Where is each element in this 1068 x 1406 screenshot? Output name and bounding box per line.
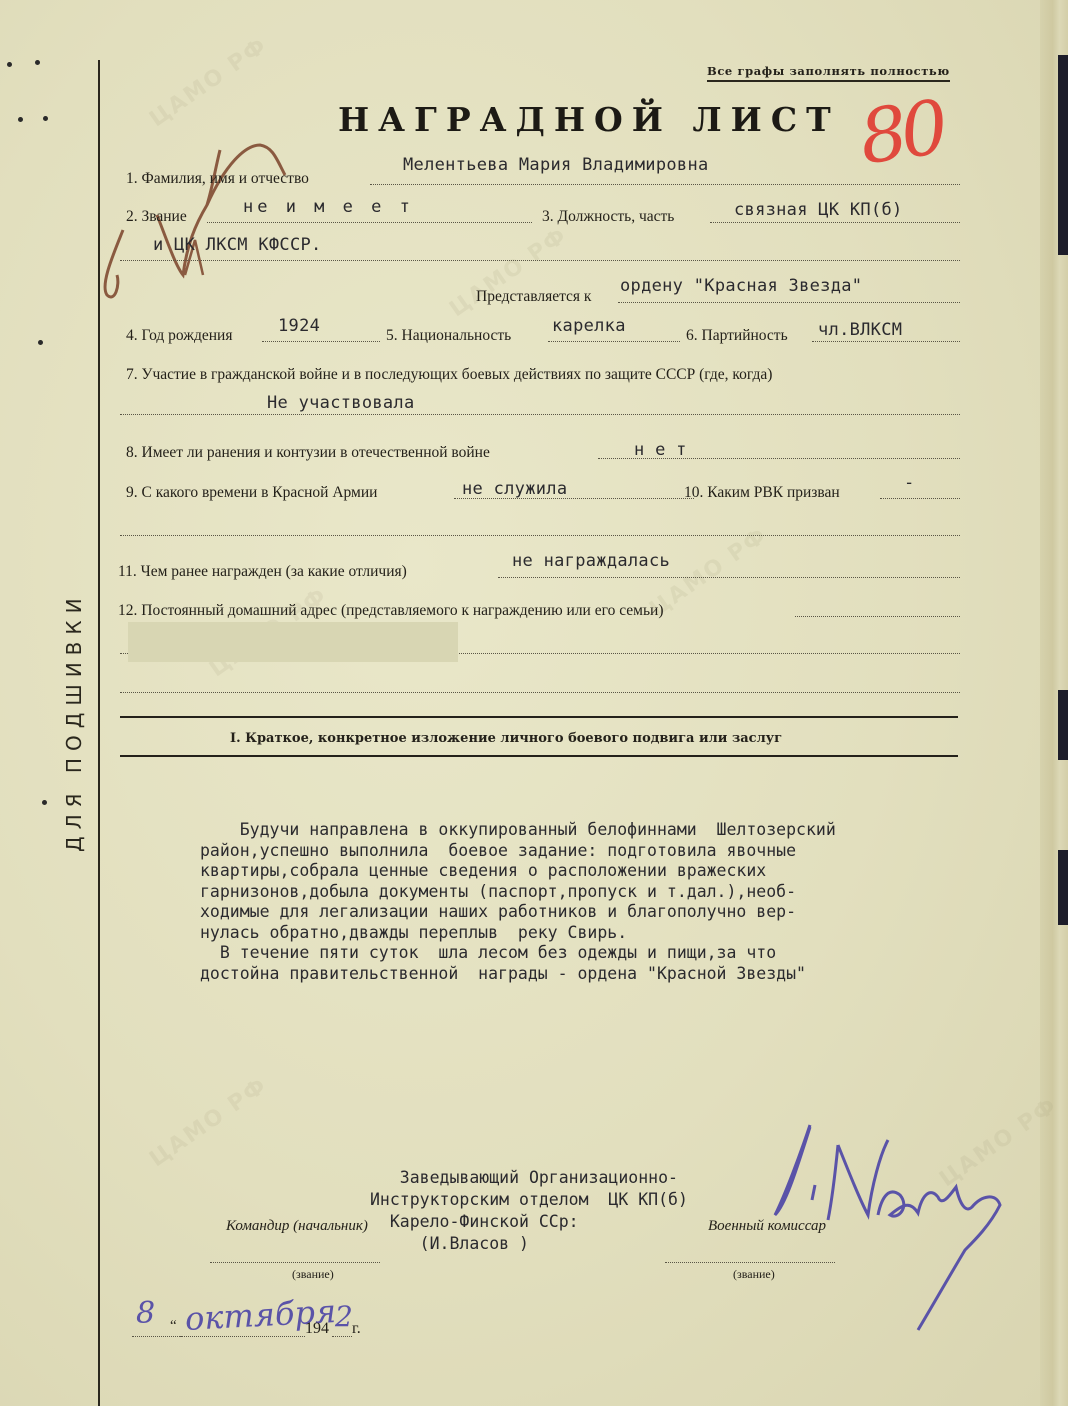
page-title: НАГРАДНОЙ ЛИСТ	[338, 100, 840, 139]
field-4-line	[262, 341, 380, 342]
binding-label: ДЛЯ ПОДШИВКИ	[62, 591, 86, 852]
field-8-label: 8. Имеет ли ранения и контузии в отечест…	[126, 444, 490, 462]
field-7-line	[120, 414, 960, 415]
award-name: ордену "Красная Звезда"	[620, 276, 862, 296]
field-11-label: 11. Чем ранее награжден (за какие отличи…	[118, 563, 407, 581]
field-4-birth-year: 1924	[278, 316, 320, 336]
field-5-nationality: карелка	[552, 316, 626, 336]
merit-description: Будучи направлена в оккупированный белоф…	[200, 820, 980, 984]
field-6-label: 6. Партийность	[686, 327, 788, 345]
date-day-line	[132, 1336, 182, 1337]
field-12-line-3	[120, 692, 960, 693]
red-pencil-mark: 80	[854, 85, 947, 182]
field-9-service-start: не служила	[462, 479, 567, 499]
commander-rank-caption: (звание)	[292, 1267, 334, 1282]
signatory-line: (И.Власов )	[370, 1233, 688, 1255]
field-11-previous-awards: не награждалась	[512, 551, 670, 571]
story-line: Будучи направлена в оккупированный белоф…	[200, 820, 980, 841]
punch-hole	[43, 116, 48, 121]
punch-hole	[38, 340, 43, 345]
field-7-civil-war-participation: Не участвовала	[267, 393, 415, 413]
signatory-line: Карело-Финской ССр:	[370, 1211, 688, 1233]
field-8-wounds: н е т	[634, 440, 687, 460]
field-3-label: 3. Должность, часть	[542, 208, 674, 226]
date-quote-mark: “	[170, 1318, 177, 1335]
punch-hole	[42, 800, 47, 805]
commander-label: Командир (начальник)	[226, 1218, 368, 1235]
field-9-label: 9. С какого времени в Красной Армии	[126, 484, 377, 502]
section-rule-top	[120, 716, 958, 718]
field-3-line-2	[120, 260, 960, 261]
story-line: гарнизонов,добыла документы (паспорт,про…	[200, 882, 980, 903]
page-edge-shadow	[1058, 850, 1068, 925]
field-5-label: 5. Национальность	[386, 327, 511, 345]
signatory-line: Заведывающий Организационно-	[370, 1167, 688, 1189]
date-year-line	[332, 1336, 352, 1337]
commander-rank-line	[210, 1262, 380, 1263]
punch-hole	[35, 60, 40, 65]
field-2-label: 2. Звание	[126, 208, 187, 226]
field-6-line	[812, 341, 960, 342]
field-11-line	[498, 577, 960, 578]
story-line: достойна правительственной награды - орд…	[200, 964, 980, 985]
story-line: ходимые для легализации наших работников…	[200, 902, 980, 923]
field-3-continuation: и ЦК ЛКСМ КФССР.	[153, 235, 322, 255]
field-4-label: 4. Год рождения	[126, 327, 232, 345]
story-line: нулась обратно,дважды переплыв реку Свир…	[200, 923, 980, 944]
field-2-rank: не и м е е т	[243, 197, 414, 217]
handwritten-signature	[760, 1115, 1020, 1335]
date-year-suffix: 2	[335, 1300, 353, 1333]
field-7-label: 7. Участие в гражданской войне и в после…	[126, 366, 772, 384]
page-edge-shadow	[1058, 55, 1068, 255]
date-year-unit: г.	[352, 1320, 361, 1338]
field-12-line	[795, 616, 960, 617]
field-10-label: 10. Каким РВК призван	[684, 484, 840, 502]
date-day: 8	[136, 1296, 155, 1331]
field-5-line	[548, 341, 680, 342]
punch-hole	[18, 117, 23, 122]
field-3-line	[710, 222, 960, 223]
redacted-address	[128, 622, 458, 662]
story-line: квартиры,собрала ценные сведения о распо…	[200, 861, 980, 882]
presented-for-label: Представляется к	[476, 288, 591, 306]
field-3-position: связная ЦК КП(б)	[734, 200, 903, 220]
field-10-rvk: -	[904, 473, 915, 493]
story-line: район,успешно выполнила боевое задание: …	[200, 841, 980, 862]
field-10-line	[880, 498, 960, 499]
field-1-label: 1. Фамилия, имя и отчество	[126, 170, 309, 188]
field-1-line	[370, 184, 960, 185]
field-1-full-name: Мелентьева Мария Владимировна	[403, 155, 709, 175]
presented-for-line	[618, 302, 960, 303]
date-year-prefix: 194	[305, 1320, 329, 1338]
punch-hole	[7, 62, 12, 67]
signatory-line: Инструкторским отделом ЦК КП(б)	[370, 1189, 688, 1211]
field-12-label: 12. Постоянный домашний адрес (представл…	[118, 602, 664, 620]
signatory-block: Заведывающий Организационно-Инструкторск…	[370, 1167, 688, 1255]
section-rule-bottom	[120, 755, 958, 757]
field-2-line	[207, 222, 532, 223]
story-line: В течение пяти суток шла лесом без одежд…	[200, 943, 980, 964]
fill-all-fields-note: Все графы заполнять полностью	[707, 64, 950, 82]
section-1-heading: I. Краткое, конкретное изложение личного…	[230, 731, 782, 746]
field-9-10-line-2	[120, 535, 960, 536]
field-6-party: чл.ВЛКСМ	[818, 320, 902, 340]
page-edge-shadow	[1058, 690, 1068, 760]
